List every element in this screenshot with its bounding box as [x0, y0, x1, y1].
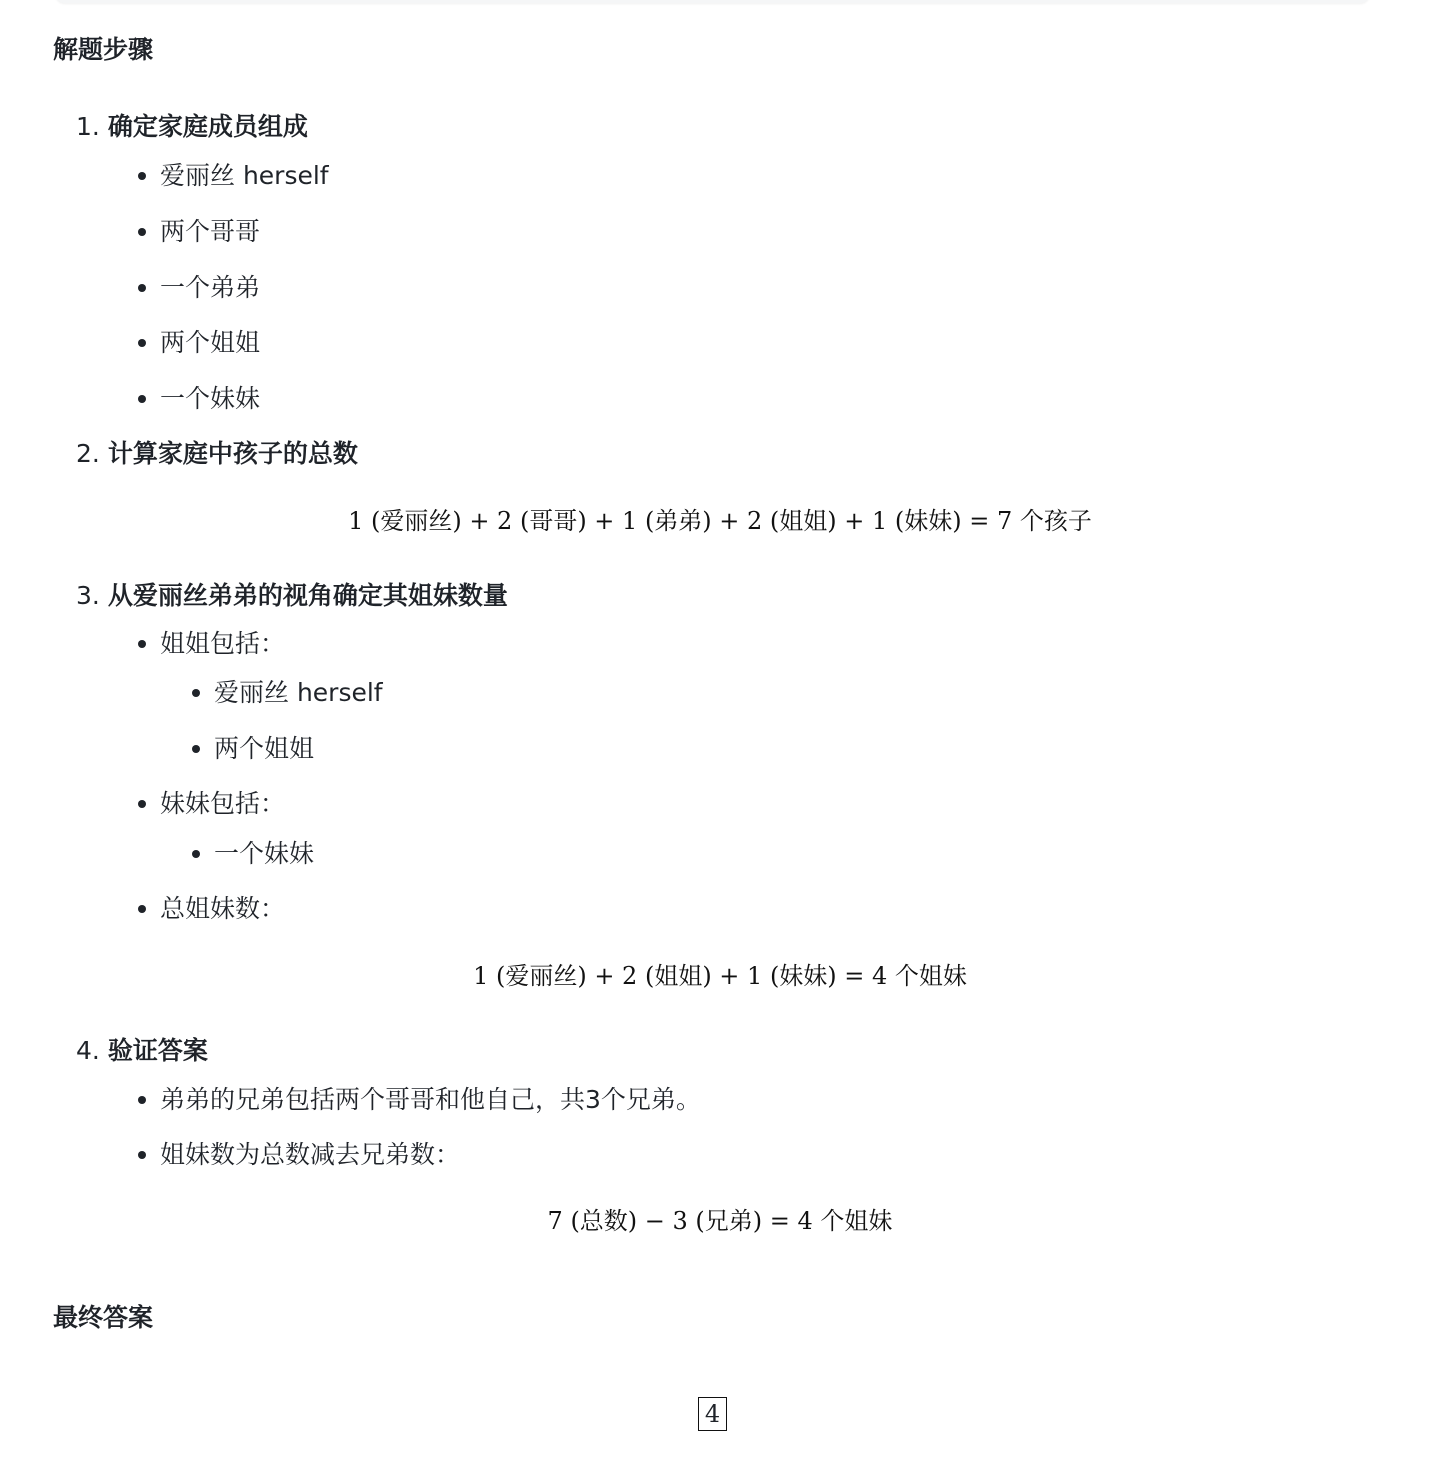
step-2-heading: 2. 计算家庭中孩子的总数 [76, 438, 358, 470]
bullet-icon [192, 850, 200, 858]
bullet-icon [138, 228, 146, 236]
step-number: 4. [76, 1036, 100, 1065]
bullet-icon [138, 800, 146, 808]
formula-verify: 7 (总数) − 3 (兄弟) = 4 个姐妹 [0, 1205, 1440, 1237]
list-item: 弟弟的兄弟包括两个哥哥和他自己，共3个兄弟。 [160, 1084, 701, 1116]
step-number: 3. [76, 581, 100, 610]
bullet-icon [138, 640, 146, 648]
list-item: 一个弟弟 [160, 272, 260, 304]
list-item: 两个哥哥 [160, 216, 260, 248]
list-item: 姐姐包括： [160, 628, 285, 660]
final-answer-container: 4 [0, 1397, 1425, 1431]
sub-list-item: 一个妹妹 [214, 838, 314, 870]
heading-solution-steps: 解题步骤 [53, 34, 153, 66]
list-item: 两个姐姐 [160, 327, 260, 359]
bullet-icon [192, 689, 200, 697]
formula-total-sisters: 1 (爱丽丝) + 2 (姐姐) + 1 (妹妹) = 4 个姐妹 [0, 960, 1440, 992]
bullet-icon [192, 745, 200, 753]
list-item: 爱丽丝 herself [160, 160, 329, 192]
sub-list-item: 两个姐姐 [214, 733, 314, 765]
bullet-icon [138, 172, 146, 180]
list-item: 姐妹数为总数减去兄弟数： [160, 1139, 460, 1171]
step-title: 确定家庭成员组成 [108, 112, 308, 141]
step-title: 计算家庭中孩子的总数 [108, 439, 358, 468]
bullet-icon [138, 1151, 146, 1159]
bullet-icon [138, 339, 146, 347]
list-item: 一个妹妹 [160, 383, 260, 415]
step-1-heading: 1. 确定家庭成员组成 [76, 111, 308, 143]
final-answer-box: 4 [698, 1397, 727, 1431]
sub-list-item: 爱丽丝 herself [214, 677, 383, 709]
bullet-icon [138, 284, 146, 292]
bullet-icon [138, 1096, 146, 1104]
step-number: 2. [76, 439, 100, 468]
bullet-icon [138, 905, 146, 913]
list-item: 妹妹包括： [160, 788, 285, 820]
previous-message-box [55, 0, 1370, 3]
step-4-heading: 4. 验证答案 [76, 1035, 208, 1067]
step-3-heading: 3. 从爱丽丝弟弟的视角确定其姐妹数量 [76, 580, 508, 612]
step-number: 1. [76, 112, 100, 141]
list-item: 总姐妹数： [160, 893, 285, 925]
heading-final-answer: 最终答案 [53, 1302, 153, 1334]
step-title: 验证答案 [108, 1036, 208, 1065]
bullet-icon [138, 395, 146, 403]
step-title: 从爱丽丝弟弟的视角确定其姐妹数量 [108, 581, 508, 610]
formula-total-children: 1 (爱丽丝) + 2 (哥哥) + 1 (弟弟) + 2 (姐姐) + 1 (… [0, 505, 1440, 537]
